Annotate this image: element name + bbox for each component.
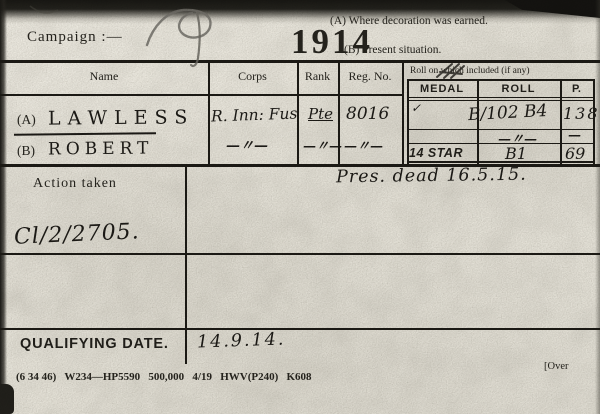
row-a-name-value: LAWLESS — [48, 106, 194, 129]
medal-row2-page-ditto: — — [568, 128, 581, 143]
campaign-label: Campaign :— — [27, 29, 123, 46]
medal-header-rule-2 — [407, 100, 594, 101]
note-present-situation: (B) Present situation. — [344, 44, 441, 56]
action-reference-value: Cl/2/2705. — [14, 219, 141, 249]
medal-row1-page-value: 138 — [563, 104, 600, 123]
medal-box-col-page: P. — [560, 83, 593, 95]
row-b-name-value: ROBERT — [48, 139, 154, 160]
row-b-corps-ditto: —〃— — [226, 135, 268, 155]
medal-index-card: Campaign :— 1914 (A) Where decoration wa… — [0, 0, 600, 414]
action-taken-label: Action taken — [33, 176, 117, 192]
medal-header-rule-1 — [407, 97, 594, 98]
qualifying-date-value: 14.9.14. — [197, 329, 286, 352]
situation-note-value: Pres. dead 16.5.15. — [336, 165, 527, 188]
medal-row3-roll-value: B1 — [505, 144, 527, 163]
row-b-label: (B) — [17, 143, 35, 159]
row-b-reg-no-ditto: —〃— — [344, 135, 383, 154]
scan-bottom-left-mark — [0, 384, 14, 414]
over-label: [Over — [544, 361, 569, 372]
row-b-rank-ditto: —〃— — [303, 135, 342, 154]
scan-top-edge — [0, 0, 600, 24]
form-print-code: (6 34 46) W234—HP5590 500,000 4/19 HWV(P… — [16, 371, 312, 383]
column-header-rule — [0, 94, 403, 96]
medal-box-top-border — [407, 79, 594, 81]
medal-row3-page-value: 69 — [565, 144, 585, 163]
medal-row1-roll-value: B/102 B4 — [468, 101, 548, 125]
column-header-rank: Rank — [297, 69, 338, 84]
row-a-corps-value: R. Inn: Fus — [211, 104, 298, 125]
row-a-reg-no-value: 8016 — [346, 104, 389, 124]
medal-row1-medal-tick: ✓ — [411, 101, 421, 115]
medal-row3-medal-value: 14 STAR — [409, 146, 463, 160]
medal-box-header: Roll on which included (if any) — [410, 66, 594, 76]
action-column-divider — [185, 166, 187, 364]
col-divider-regno-medalbox — [402, 61, 404, 165]
medal-box-col-roll: ROLL — [477, 83, 560, 95]
row-a-rank-value: Pte — [308, 105, 333, 123]
column-header-name: Name — [0, 69, 208, 84]
year-heading: 1914 — [291, 22, 373, 62]
qualifying-top-rule — [0, 328, 600, 330]
row-a-underline — [14, 132, 156, 135]
qualifying-date-label: QUALIFYING DATE. — [20, 336, 169, 352]
note-where-decoration-earned: (A) Where decoration was earned. — [330, 15, 488, 27]
row-a-label: (A) — [17, 112, 36, 128]
column-header-corps: Corps — [208, 69, 297, 84]
header-rule — [0, 60, 600, 63]
medal-box-col-medal: MEDAL — [407, 83, 477, 95]
mid-rule — [0, 253, 600, 255]
column-header-reg-no: Reg. No. — [338, 69, 402, 84]
